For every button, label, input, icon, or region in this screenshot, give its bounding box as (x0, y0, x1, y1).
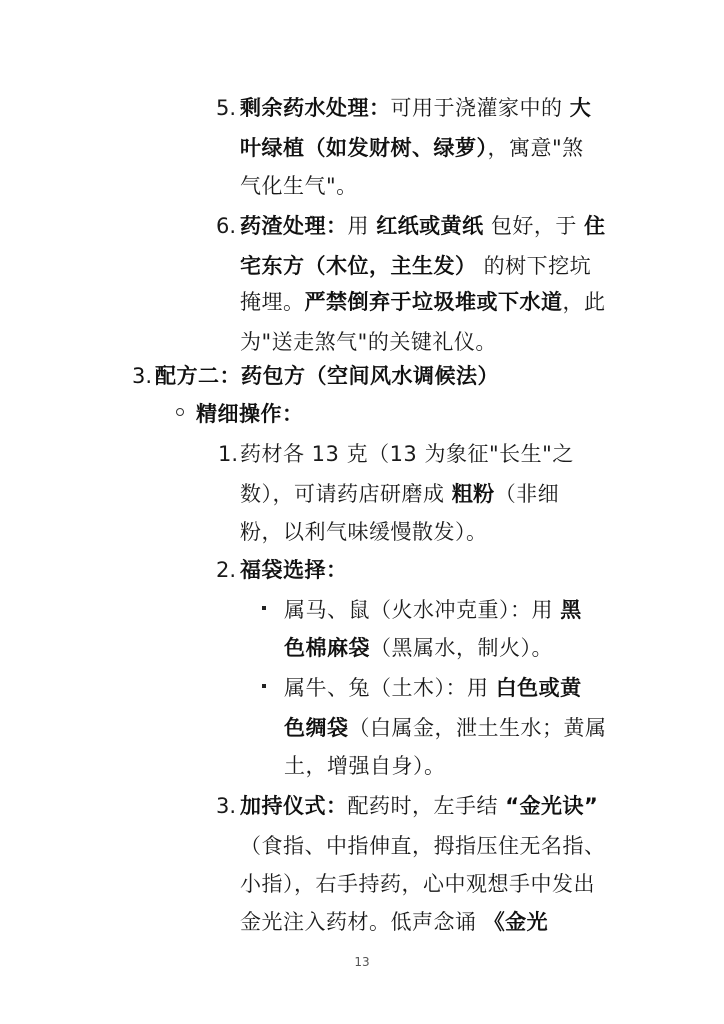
text: 数），可请药店研磨成 (240, 482, 452, 506)
bullet2-line-1: 属牛、兔（土木）：用 白色或黄 (284, 674, 582, 702)
bold-text: 宅东方（木位，主生发） (240, 254, 477, 278)
list-number: 3. (216, 792, 236, 820)
step3-line-2: （食指、中指伸直，拇指压住无名指、 (240, 832, 606, 860)
step1-line-2: 数），可请药店研磨成 粗粉（非细 (240, 480, 559, 508)
bold-text: 色绸袋 (284, 716, 349, 740)
bold-text: “金光诀” (505, 794, 598, 818)
step1-line-1: 药材各 13 克（13 为象征"长生"之 (240, 440, 574, 468)
bold-text: 黑 (560, 598, 582, 622)
step3-line-1: 加持仪式：配药时，左手结 “金光诀” (240, 792, 598, 820)
text: 的树下挖坑 (477, 254, 592, 278)
text: 属马、鼠（火水冲克重）：用 (284, 598, 560, 622)
text: 用 (348, 214, 377, 238)
text: （食指、中指伸直，拇指压住无名指、 (240, 834, 606, 858)
text: 包好，于 (484, 214, 584, 238)
text: （白属金，泄土生水；黄属 (349, 716, 607, 740)
text: 药材各 13 克（13 为象征"长生"之 (240, 442, 574, 466)
text: 气化生气"。 (240, 174, 358, 198)
bold-text: 药渣处理： (240, 214, 348, 238)
square-bullet-icon (262, 684, 266, 688)
item5-line-1: 剩余药水处理：可用于浇灌家中的 大 (240, 94, 591, 122)
bold-text: 红纸或黄纸 (376, 214, 484, 238)
step3-line-3: 小指），右手持药，心中观想手中发出 (240, 870, 595, 898)
item5-line-3: 气化生气"。 (240, 172, 358, 200)
text: 金光注入药材。低声念诵 (240, 910, 484, 934)
page-number: 13 (0, 955, 724, 969)
text: 配药时，左手结 (348, 794, 506, 818)
bold-text: 粗粉 (452, 482, 495, 506)
bold-text: 白色或黄 (496, 676, 582, 700)
bold-text: 叶绿植（如发财树、绿萝） (240, 136, 488, 160)
list-number: 6. (216, 212, 236, 240)
text: 为"送走煞气"的关键礼仪。 (240, 330, 497, 354)
bold-text: 大 (570, 96, 592, 120)
bullet1-line-1: 属马、鼠（火水冲克重）：用 黑 (284, 596, 582, 624)
text: 小指），右手持药，心中观想手中发出 (240, 872, 595, 896)
bold-text: 《金光 (484, 910, 549, 934)
item6-line-3: 掩埋。严禁倒弃于垃圾堆或下水道，此 (240, 288, 606, 316)
circle-bullet-icon (176, 408, 184, 416)
step2-title: 福袋选择： (240, 556, 348, 584)
bold-text: 加持仪式： (240, 794, 348, 818)
bullet2-line-2: 色绸袋（白属金，泄土生水；黄属 (284, 714, 607, 742)
subsection-title: 精细操作： (196, 400, 304, 428)
item6-line-2: 宅东方（木位，主生发） 的树下挖坑 (240, 252, 591, 280)
item6-line-4: 为"送走煞气"的关键礼仪。 (240, 328, 497, 356)
section-title: 配方二：药包方（空间风水调候法） (155, 362, 499, 390)
text: （黑属水，制火）。 (370, 636, 553, 660)
square-bullet-icon (262, 606, 266, 610)
text: （非细 (495, 482, 560, 506)
bullet1-line-2: 色棉麻袋（黑属水，制火）。 (284, 634, 553, 662)
list-number: 2. (216, 556, 236, 584)
text: ，寓意"煞 (488, 136, 584, 160)
bold-text: 严禁倒弃于垃圾堆或下水道 (305, 290, 563, 314)
bold-text: 剩余药水处理： (240, 96, 391, 120)
item6-line-1: 药渣处理：用 红纸或黄纸 包好，于 住 (240, 212, 606, 240)
list-number: 5. (216, 94, 236, 122)
text: 粉，以利气味缓慢散发）。 (240, 520, 488, 544)
text: 属牛、兔（土木）：用 (284, 676, 496, 700)
text: ，此 (563, 290, 606, 314)
list-number: 1. (218, 440, 238, 468)
step3-line-4: 金光注入药材。低声念诵 《金光 (240, 908, 548, 936)
bold-text: 住 (584, 214, 606, 238)
item5-line-2: 叶绿植（如发财树、绿萝），寓意"煞 (240, 134, 584, 162)
text: 掩埋。 (240, 290, 305, 314)
section-number: 3. (132, 362, 152, 390)
bold-text: 色棉麻袋 (284, 636, 370, 660)
text: 土，增强自身）。 (284, 754, 446, 778)
bullet2-line-3: 土，增强自身）。 (284, 752, 446, 780)
text: 可用于浇灌家中的 (391, 96, 570, 120)
step1-line-3: 粉，以利气味缓慢散发）。 (240, 518, 488, 546)
